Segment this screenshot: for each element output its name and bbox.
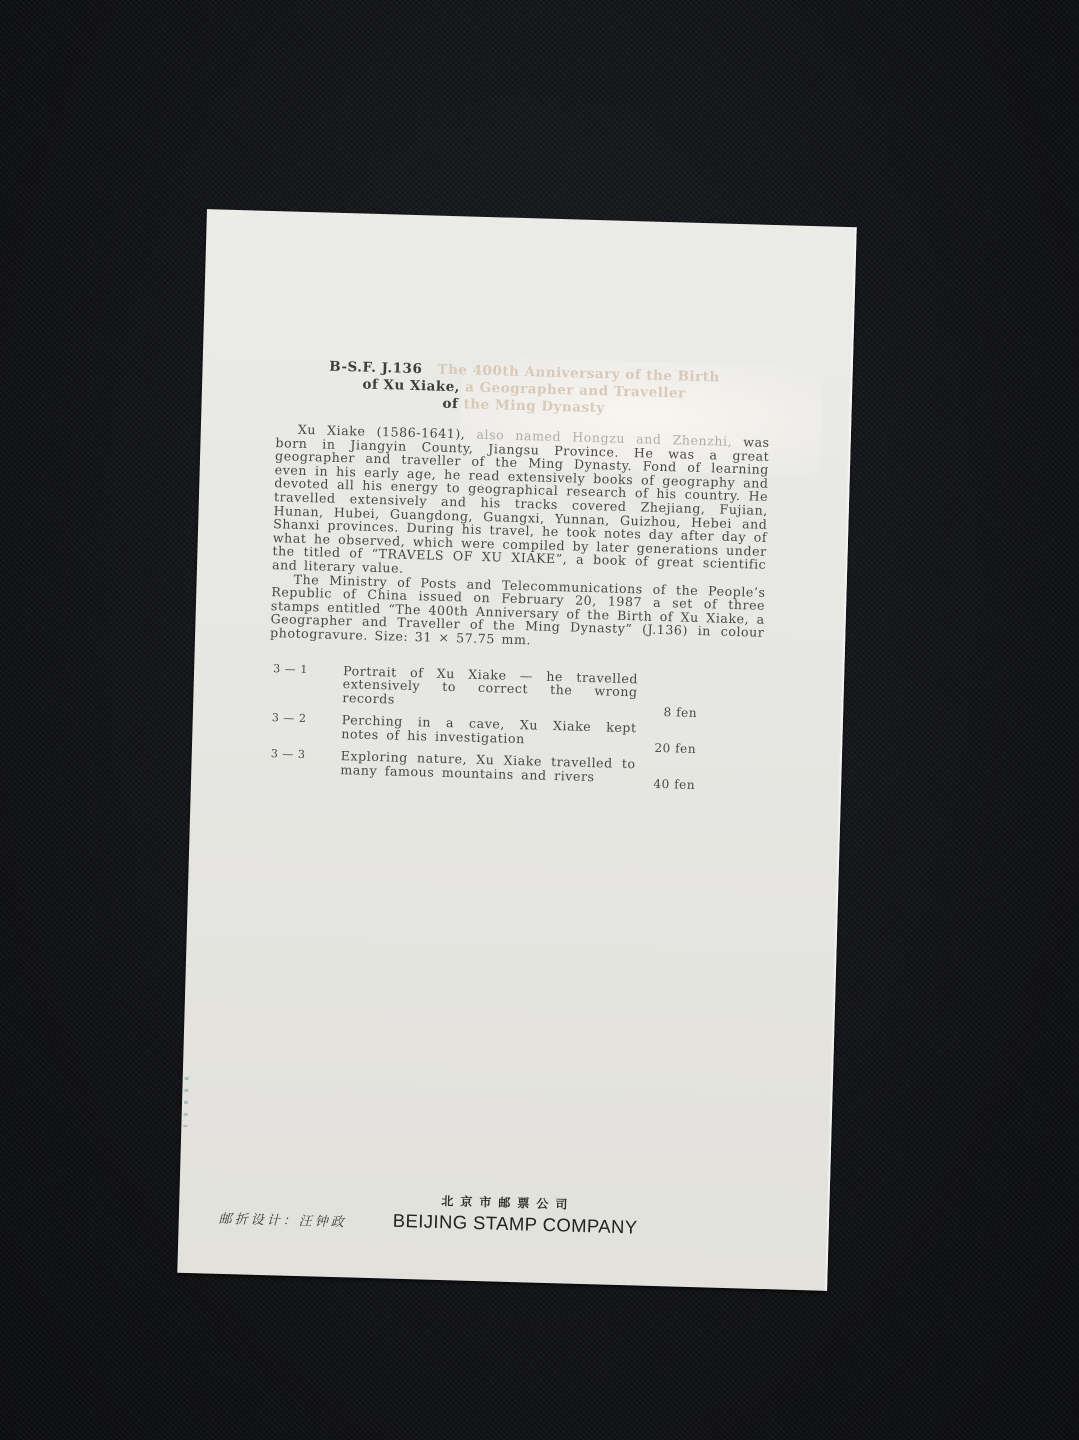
document-title: B-S.F. J.136 The 400th Anniversary of th… bbox=[276, 357, 771, 422]
stamp-description: Portrait of Xu Xiake — he travelled exte… bbox=[342, 664, 638, 713]
edge-marks bbox=[183, 1077, 188, 1127]
stamp-number: 3 — 1 bbox=[269, 662, 343, 678]
issue-code: B-S.F. J.136 bbox=[329, 359, 422, 378]
stamp-value: 40 fen bbox=[635, 777, 695, 792]
stamp-number: 3 — 2 bbox=[268, 711, 342, 727]
stamp-value: 8 fen bbox=[637, 705, 697, 720]
stamp-folder-card: B-S.F. J.136 The 400th Anniversary of th… bbox=[177, 209, 856, 1291]
paragraph-biography: Xu Xiake (1586-1641), also named Hongzu … bbox=[272, 422, 770, 585]
stamp-description: Perching in a cave, Xu Xiake kept notes … bbox=[341, 713, 637, 748]
paragraph-issue: The Ministry of Posts and Telecommunicat… bbox=[270, 572, 766, 654]
stamp-item: 3 — 1 Portrait of Xu Xiake — he travelle… bbox=[268, 662, 763, 717]
footer: 北京市邮票公司 邮折设计：汪钟政 BEIJING STAMP COMPANY bbox=[218, 1186, 779, 1262]
stamp-number: 3 — 3 bbox=[267, 747, 341, 763]
paragraph-biography-rest: was born in Jiangyin County, Jiangsu Pro… bbox=[272, 434, 770, 576]
stamp-value: 20 fen bbox=[636, 741, 696, 756]
title-text-3-lead: of bbox=[442, 396, 463, 413]
stamp-description: Exploring nature, Xu Xiake travelled to … bbox=[340, 750, 636, 785]
document-content: B-S.F. J.136 The 400th Anniversary of th… bbox=[266, 357, 772, 797]
stamp-list: 3 — 1 Portrait of Xu Xiake — he travelle… bbox=[266, 662, 763, 789]
company-name-english: BEIJING STAMP COMPANY bbox=[393, 1210, 638, 1239]
company-name-chinese: 北京市邮票公司 bbox=[441, 1192, 574, 1213]
designer-credit: 邮折设计：汪钟政 bbox=[219, 1208, 347, 1231]
body-text: Xu Xiake (1586-1641), also named Hongzu … bbox=[270, 422, 770, 653]
title-text-3-rest: the Ming Dynasty bbox=[463, 396, 605, 416]
title-text-2-lead: of Xu Xiake, bbox=[362, 377, 460, 396]
